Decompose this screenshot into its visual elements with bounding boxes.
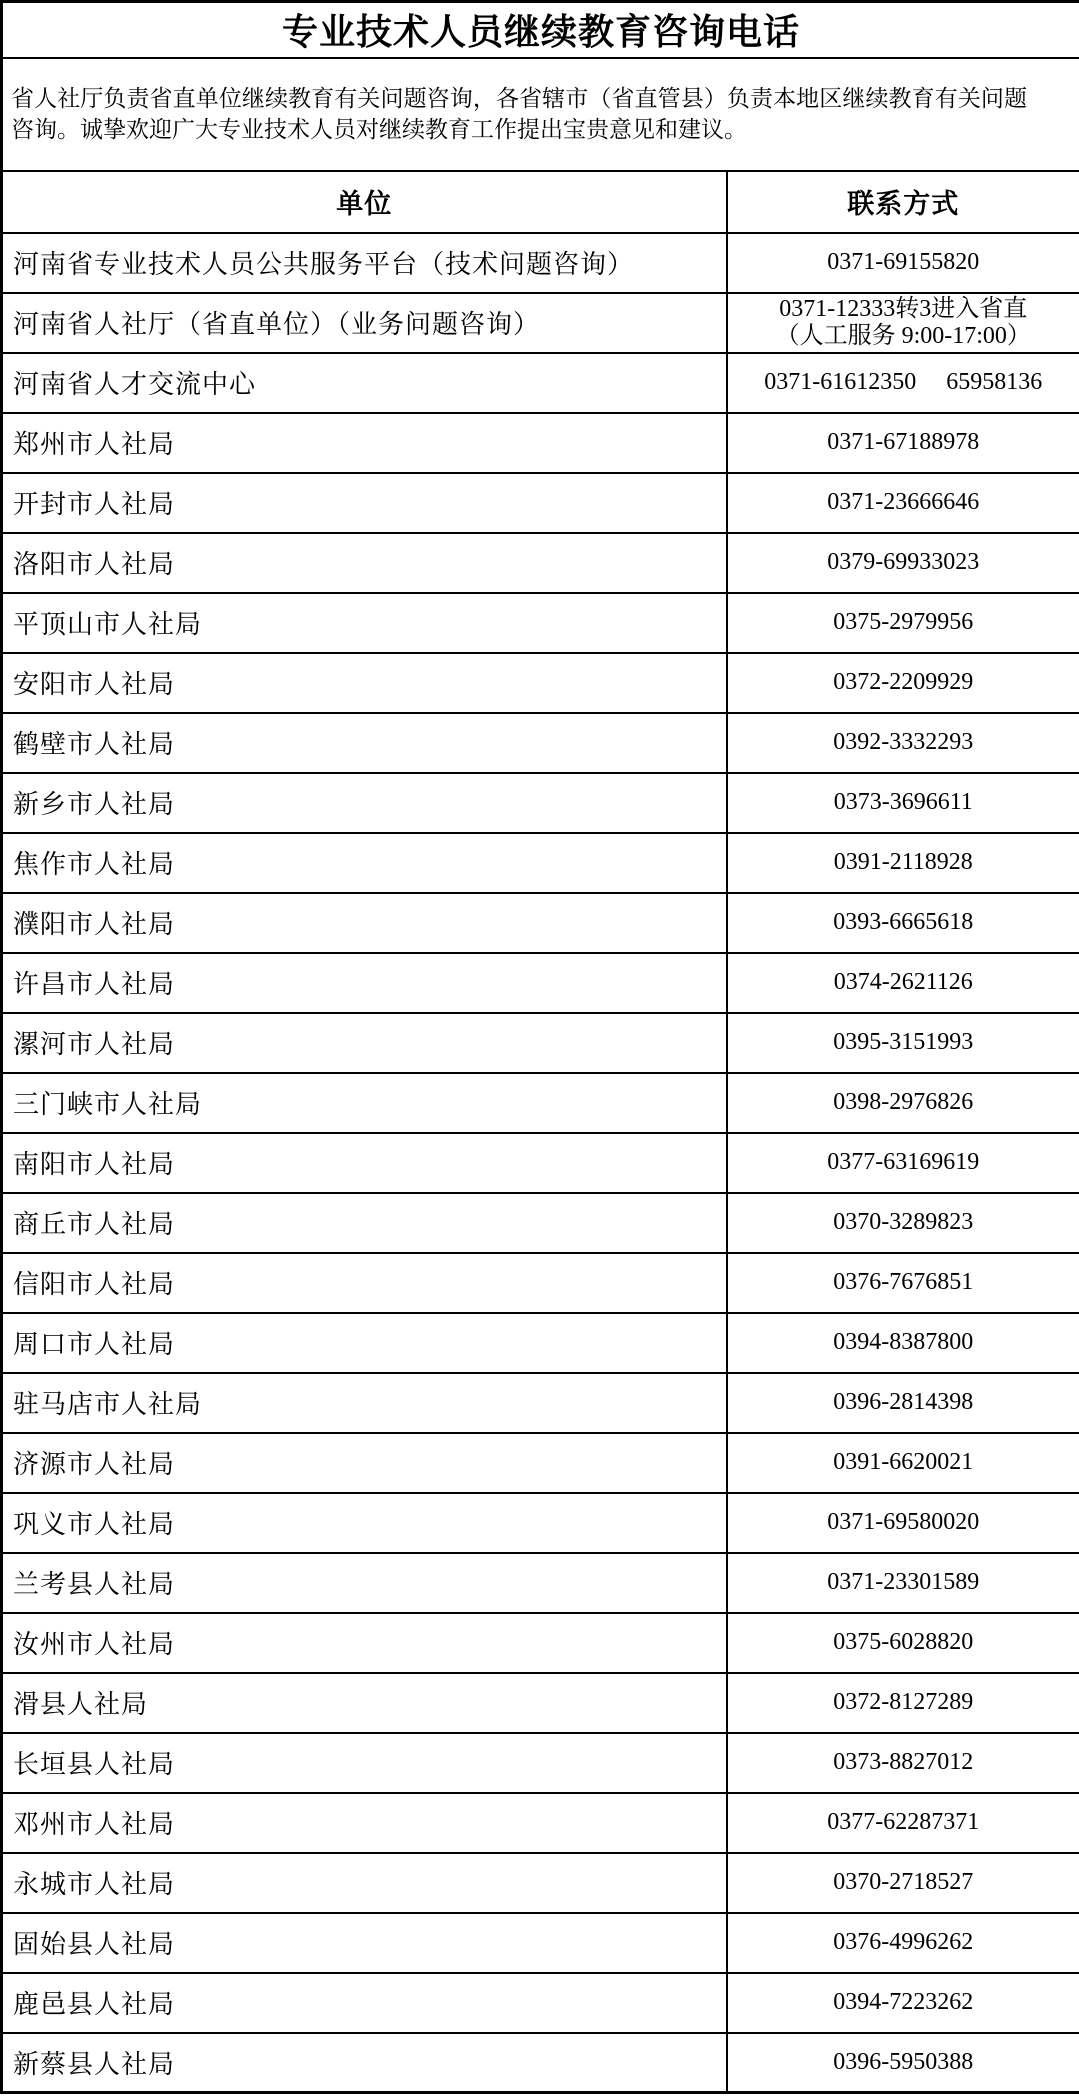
page-title: 专业技术人员继续教育咨询电话 bbox=[2, 2, 1079, 58]
unit-cell: 商丘市人社局 bbox=[2, 1193, 727, 1253]
unit-cell: 三门峡市人社局 bbox=[2, 1073, 727, 1133]
table-row: 三门峡市人社局 0398-2976826 bbox=[2, 1073, 1079, 1133]
unit-cell: 郑州市人社局 bbox=[2, 413, 727, 473]
unit-cell: 开封市人社局 bbox=[2, 473, 727, 533]
contact-phone-cell: 0373-8827012 bbox=[727, 1733, 1079, 1793]
table-row: 永城市人社局 0370-2718527 bbox=[2, 1853, 1079, 1913]
unit-cell: 信阳市人社局 bbox=[2, 1253, 727, 1313]
table-row: 南阳市人社局 0377-63169619 bbox=[2, 1133, 1079, 1193]
table-row: 河南省专业技术人员公共服务平台（技术问题咨询） 0371-69155820 bbox=[2, 233, 1079, 293]
phone-table: 专业技术人员继续教育咨询电话 省人社厅负责省直单位继续教育有关问题咨询，各省辖市… bbox=[0, 0, 1079, 2094]
table-row: 平顶山市人社局 0375-2979956 bbox=[2, 593, 1079, 653]
contact-phone-cell: 0372-2209929 bbox=[727, 653, 1079, 713]
table-row: 巩义市人社局 0371-69580020 bbox=[2, 1493, 1079, 1553]
unit-cell: 河南省人社厅（省直单位）（业务问题咨询） bbox=[2, 293, 727, 353]
intro-row: 省人社厅负责省直单位继续教育有关问题咨询，各省辖市（省直管县）负责本地区继续教育… bbox=[2, 58, 1079, 171]
table-header-row: 单位 联系方式 bbox=[2, 171, 1079, 233]
unit-cell: 济源市人社局 bbox=[2, 1433, 727, 1493]
contact-phone-cell: 0391-2118928 bbox=[727, 833, 1079, 893]
table-row: 济源市人社局 0391-6620021 bbox=[2, 1433, 1079, 1493]
unit-cell: 平顶山市人社局 bbox=[2, 593, 727, 653]
unit-cell: 驻马店市人社局 bbox=[2, 1373, 727, 1433]
table-row: 新乡市人社局 0373-3696611 bbox=[2, 773, 1079, 833]
table-row: 商丘市人社局 0370-3289823 bbox=[2, 1193, 1079, 1253]
contact-phone-cell: 0371-69155820 bbox=[727, 233, 1079, 293]
unit-cell: 兰考县人社局 bbox=[2, 1553, 727, 1613]
unit-cell: 河南省专业技术人员公共服务平台（技术问题咨询） bbox=[2, 233, 727, 293]
table-row: 邓州市人社局 0377-62287371 bbox=[2, 1793, 1079, 1853]
unit-cell: 固始县人社局 bbox=[2, 1913, 727, 1973]
unit-cell: 南阳市人社局 bbox=[2, 1133, 727, 1193]
table-row: 漯河市人社局 0395-3151993 bbox=[2, 1013, 1079, 1073]
contact-phone-cell: 0370-2718527 bbox=[727, 1853, 1079, 1913]
table-row: 新蔡县人社局 0396-5950388 bbox=[2, 2033, 1079, 2093]
unit-cell: 汝州市人社局 bbox=[2, 1613, 727, 1673]
unit-cell: 永城市人社局 bbox=[2, 1853, 727, 1913]
contact-phone-cell: 0396-2814398 bbox=[727, 1373, 1079, 1433]
table-row: 滑县人社局 0372-8127289 bbox=[2, 1673, 1079, 1733]
unit-cell: 洛阳市人社局 bbox=[2, 533, 727, 593]
table-row: 郑州市人社局 0371-67188978 bbox=[2, 413, 1079, 473]
contact-phone-cell: 0371-69580020 bbox=[727, 1493, 1079, 1553]
column-header-unit: 单位 bbox=[2, 171, 727, 233]
table-row: 兰考县人社局 0371-23301589 bbox=[2, 1553, 1079, 1613]
contact-phone-cell: 0375-2979956 bbox=[727, 593, 1079, 653]
contact-phone-cell: 0371-12333转3进入省直 （人工服务 9:00-17:00） bbox=[727, 293, 1079, 353]
unit-cell: 河南省人才交流中心 bbox=[2, 353, 727, 413]
contact-phone-cell: 0376-4996262 bbox=[727, 1913, 1079, 1973]
table-row: 固始县人社局 0376-4996262 bbox=[2, 1913, 1079, 1973]
contact-phone-cell: 0393-6665618 bbox=[727, 893, 1079, 953]
table-row: 周口市人社局 0394-8387800 bbox=[2, 1313, 1079, 1373]
intro-text: 省人社厅负责省直单位继续教育有关问题咨询，各省辖市（省直管县）负责本地区继续教育… bbox=[2, 58, 1079, 171]
contact-phone-cell: 0370-3289823 bbox=[727, 1193, 1079, 1253]
table-row: 驻马店市人社局 0396-2814398 bbox=[2, 1373, 1079, 1433]
table-row: 河南省人社厅（省直单位）（业务问题咨询） 0371-12333转3进入省直 （人… bbox=[2, 293, 1079, 353]
contact-phone-cell: 0374-2621126 bbox=[727, 953, 1079, 1013]
table-row: 洛阳市人社局 0379-69933023 bbox=[2, 533, 1079, 593]
contact-phone-cell: 0394-7223262 bbox=[727, 1973, 1079, 2033]
table-row: 河南省人才交流中心 0371-61612350 65958136 bbox=[2, 353, 1079, 413]
table-row: 长垣县人社局 0373-8827012 bbox=[2, 1733, 1079, 1793]
contact-phone-cell: 0379-69933023 bbox=[727, 533, 1079, 593]
table-row: 濮阳市人社局 0393-6665618 bbox=[2, 893, 1079, 953]
contact-phone-cell: 0376-7676851 bbox=[727, 1253, 1079, 1313]
table-row: 汝州市人社局 0375-6028820 bbox=[2, 1613, 1079, 1673]
table-row: 鹤壁市人社局 0392-3332293 bbox=[2, 713, 1079, 773]
contact-phone-cell: 0396-5950388 bbox=[727, 2033, 1079, 2093]
contact-phone-cell: 0377-63169619 bbox=[727, 1133, 1079, 1193]
unit-cell: 鹤壁市人社局 bbox=[2, 713, 727, 773]
contact-phone-cell: 0371-67188978 bbox=[727, 413, 1079, 473]
contact-phone-cell: 0398-2976826 bbox=[727, 1073, 1079, 1133]
unit-cell: 濮阳市人社局 bbox=[2, 893, 727, 953]
column-header-contact: 联系方式 bbox=[727, 171, 1079, 233]
contact-phone-cell: 0371-61612350 65958136 bbox=[727, 353, 1079, 413]
contact-phone-cell: 0375-6028820 bbox=[727, 1613, 1079, 1673]
unit-cell: 新蔡县人社局 bbox=[2, 2033, 727, 2093]
unit-cell: 鹿邑县人社局 bbox=[2, 1973, 727, 2033]
unit-cell: 焦作市人社局 bbox=[2, 833, 727, 893]
contact-phone-cell: 0371-23301589 bbox=[727, 1553, 1079, 1613]
table-row: 安阳市人社局 0372-2209929 bbox=[2, 653, 1079, 713]
table-row: 焦作市人社局 0391-2118928 bbox=[2, 833, 1079, 893]
unit-cell: 许昌市人社局 bbox=[2, 953, 727, 1013]
unit-cell: 安阳市人社局 bbox=[2, 653, 727, 713]
contact-phone-cell: 0394-8387800 bbox=[727, 1313, 1079, 1373]
contact-phone-cell: 0392-3332293 bbox=[727, 713, 1079, 773]
unit-cell: 巩义市人社局 bbox=[2, 1493, 727, 1553]
table-row: 鹿邑县人社局 0394-7223262 bbox=[2, 1973, 1079, 2033]
contact-phone-cell: 0372-8127289 bbox=[727, 1673, 1079, 1733]
unit-cell: 邓州市人社局 bbox=[2, 1793, 727, 1853]
contact-phone-cell: 0371-23666646 bbox=[727, 473, 1079, 533]
contact-phone-cell: 0377-62287371 bbox=[727, 1793, 1079, 1853]
table-row: 信阳市人社局 0376-7676851 bbox=[2, 1253, 1079, 1313]
consultation-phone-page: 专业技术人员继续教育咨询电话 省人社厅负责省直单位继续教育有关问题咨询，各省辖市… bbox=[0, 0, 1079, 2096]
unit-cell: 周口市人社局 bbox=[2, 1313, 727, 1373]
unit-cell: 新乡市人社局 bbox=[2, 773, 727, 833]
unit-cell: 滑县人社局 bbox=[2, 1673, 727, 1733]
contact-phone-cell: 0395-3151993 bbox=[727, 1013, 1079, 1073]
title-row: 专业技术人员继续教育咨询电话 bbox=[2, 2, 1079, 58]
unit-cell: 漯河市人社局 bbox=[2, 1013, 727, 1073]
unit-cell: 长垣县人社局 bbox=[2, 1733, 727, 1793]
contact-phone-cell: 0373-3696611 bbox=[727, 773, 1079, 833]
table-row: 开封市人社局 0371-23666646 bbox=[2, 473, 1079, 533]
table-row: 许昌市人社局 0374-2621126 bbox=[2, 953, 1079, 1013]
contact-phone-cell: 0391-6620021 bbox=[727, 1433, 1079, 1493]
